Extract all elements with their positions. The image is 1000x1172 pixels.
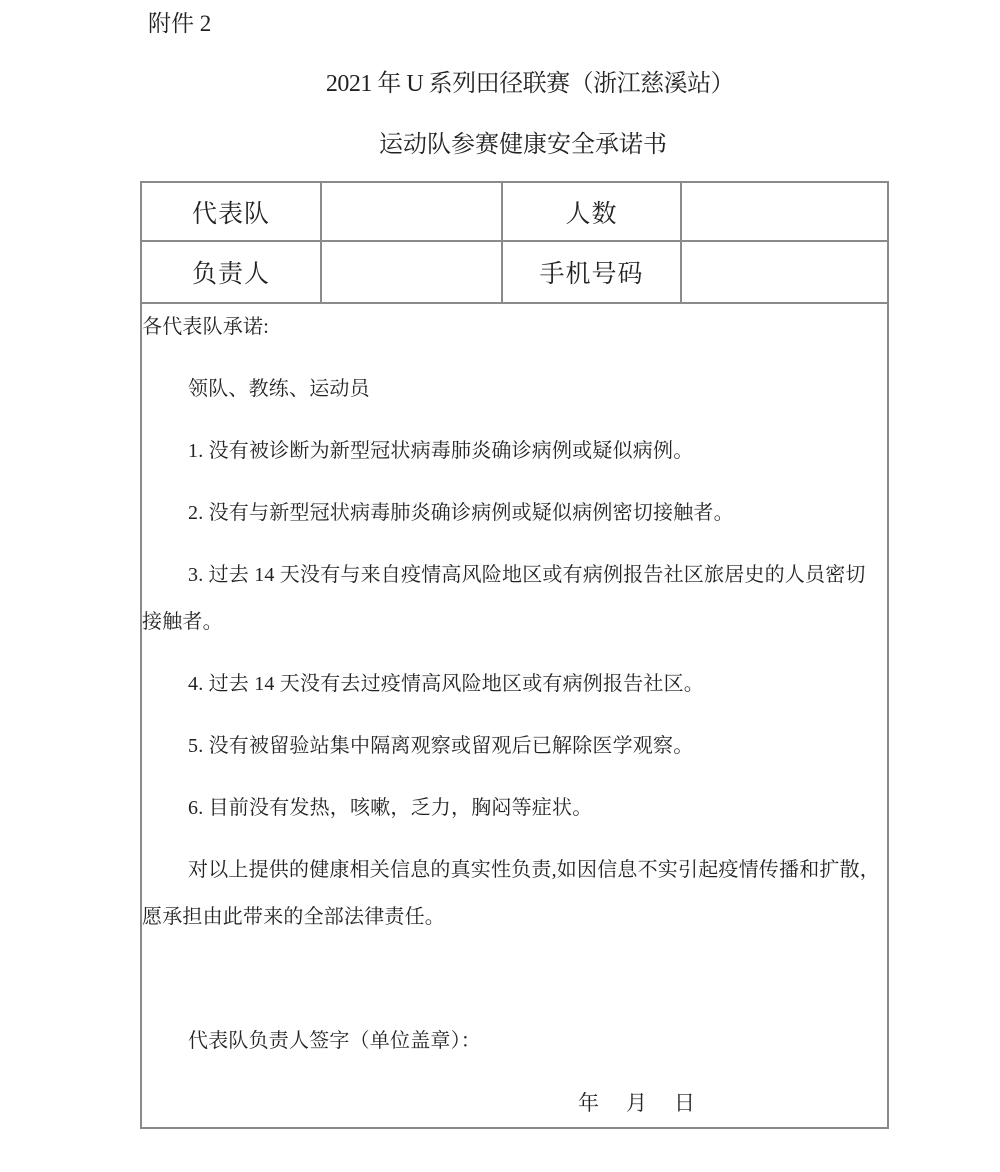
date-line: 年 月 日: [578, 1080, 887, 1127]
headcount-field[interactable]: [681, 182, 888, 241]
pledge-subject: 领队、教练、运动员: [142, 366, 887, 413]
pledge-intro: 各代表队承诺:: [142, 304, 887, 351]
signature-label: 代表队负责人签字（单位盖章）：: [142, 1018, 887, 1065]
leader-label: 负责人: [141, 241, 321, 303]
team-label: 代表队: [141, 182, 321, 241]
pledge-item-3-continued: 接触者。: [142, 599, 887, 646]
attachment-label: 附件 2: [148, 11, 211, 37]
pledge-item-3: 3. 过去 14 天没有与来自疫情高风险地区或有病例报告社区旅居史的人员密切: [142, 552, 887, 599]
leader-field[interactable]: [321, 241, 502, 303]
pledge-item-4: 4. 过去 14 天没有去过疫情高风险地区或有病例报告社区。: [142, 661, 887, 708]
info-table: 代表队 人数 负责人 手机号码 各代表队承诺: 领队、教练、运动员 1. 没有被…: [140, 181, 889, 1129]
pledge-cell: 各代表队承诺: 领队、教练、运动员 1. 没有被诊断为新型冠状病毒肺炎确诊病例或…: [141, 303, 888, 1128]
pledge-statement: 对以上提供的健康相关信息的真实性负责,如因信息不实引起疫情传播和扩散，: [142, 847, 887, 894]
pledge-item-2: 2. 没有与新型冠状病毒肺炎确诊病例或疑似病例密切接触者。: [142, 490, 887, 537]
headcount-label: 人数: [502, 182, 681, 241]
table-row: 代表队 人数: [141, 182, 888, 241]
pledge-statement-continued: 愿承担由此带来的全部法律责任。: [142, 894, 887, 941]
pledge-item-5: 5. 没有被留验站集中隔离观察或留观后已解除医学观察。: [142, 723, 887, 770]
document-page: 附件 2 2021 年 U 系列田径联赛（浙江慈溪站） 运动队参赛健康安全承诺书…: [0, 0, 1000, 1172]
doc-subtitle: 运动队参赛健康安全承诺书: [140, 131, 906, 159]
pledge-item-1: 1. 没有被诊断为新型冠状病毒肺炎确诊病例或疑似病例。: [142, 428, 887, 475]
pledge-item-6: 6. 目前没有发热，咳嗽，乏力，胸闷等症状。: [142, 785, 887, 832]
phone-field[interactable]: [681, 241, 888, 303]
blank-line: [142, 956, 887, 1003]
phone-label: 手机号码: [502, 241, 681, 303]
table-row: 负责人 手机号码: [141, 241, 888, 303]
team-field[interactable]: [321, 182, 502, 241]
doc-title: 2021 年 U 系列田径联赛（浙江慈溪站）: [140, 70, 920, 98]
table-row: 各代表队承诺: 领队、教练、运动员 1. 没有被诊断为新型冠状病毒肺炎确诊病例或…: [141, 303, 888, 1128]
